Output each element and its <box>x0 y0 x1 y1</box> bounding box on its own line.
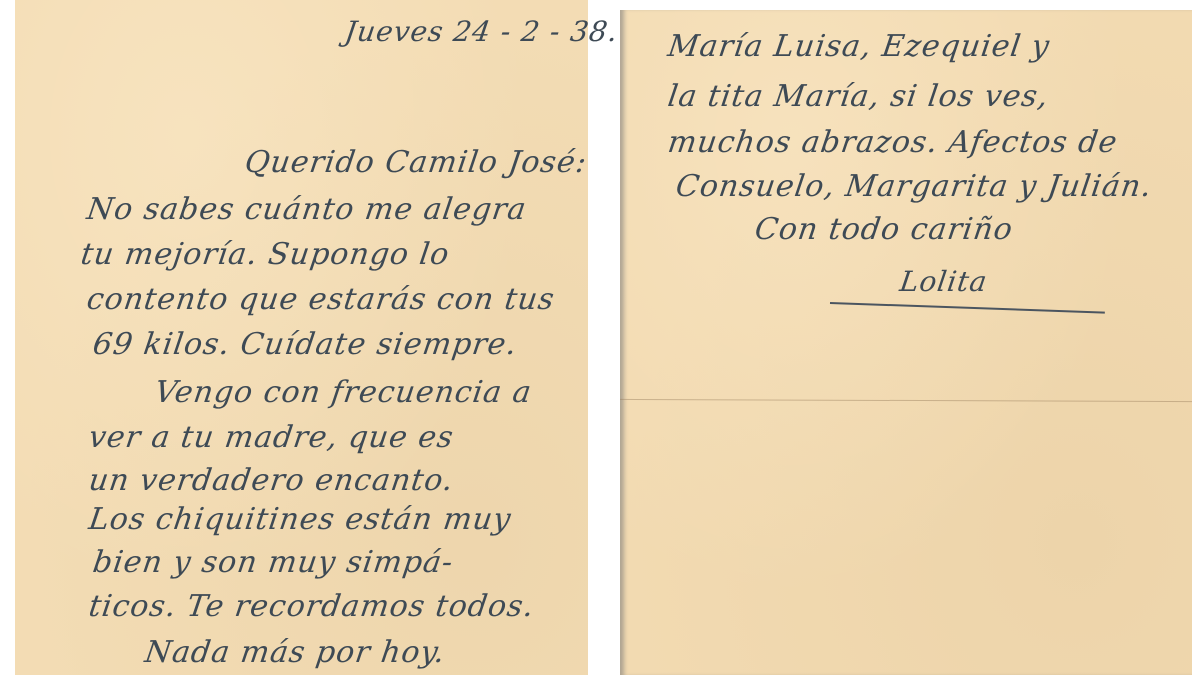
letter-salutation: Querido Camilo José: <box>243 148 589 178</box>
letter-line: muchos abrazos. Afectos de <box>666 128 1120 158</box>
letter-line: ticos. Te recordamos todos. <box>87 592 536 622</box>
letter-page-left: Jueves 24 - 2 - 38. Querido Camilo José:… <box>15 0 588 675</box>
letter-line: bien y son muy simpá- <box>91 548 455 578</box>
letter-line: Consuelo, Margarita y Julián. <box>674 172 1154 202</box>
letter-page-right: María Luisa, Ezequiel y la tita María, s… <box>620 10 1192 675</box>
letter-line: tu mejoría. Supongo lo <box>79 240 452 270</box>
letter-line: 69 kilos. Cuídate siempre. <box>91 330 519 360</box>
paper-fold-line <box>620 399 1192 402</box>
letter-date: Jueves 24 - 2 - 38. <box>343 18 620 46</box>
letter-line: un verdadero encanto. <box>87 466 456 496</box>
letter-line: contento que estarás con tus <box>85 285 557 315</box>
letter-line: Los chiquitines están muy <box>87 505 513 535</box>
letter-line: ver a tu madre, que es <box>87 423 456 453</box>
letter-signature: Lolita <box>898 268 989 296</box>
letter-line: Nada más por hoy. <box>143 638 447 668</box>
letter-line: la tita María, si los ves, <box>666 82 1051 112</box>
signature-underline <box>830 302 1105 314</box>
letter-closing: Con todo cariño <box>753 215 1015 245</box>
letter-line: María Luisa, Ezequiel y <box>666 32 1052 62</box>
letter-line: Vengo con frecuencia a <box>153 378 534 408</box>
letter-line: No sabes cuánto me alegra <box>85 195 529 225</box>
